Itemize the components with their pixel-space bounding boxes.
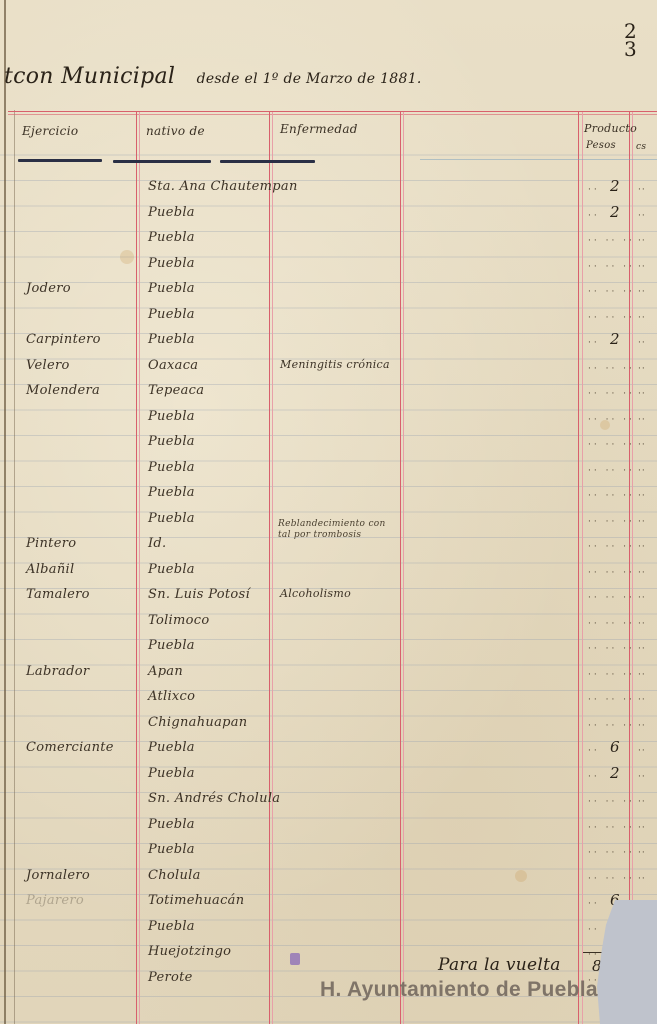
cell-enfermedad: Reblandecimiento con (278, 519, 386, 530)
cell-ejercicio: Carpintero (26, 332, 101, 347)
paper-stain (515, 870, 527, 882)
cs-dots: ·· (638, 517, 646, 527)
cs-dots: ·· (638, 823, 646, 833)
column-header-nativo: nativo de (146, 124, 205, 138)
cell-ejercicio: Pintero (26, 536, 76, 551)
column-header-enfermedad: Enfermedad (280, 122, 358, 136)
column-header-producto: Producto (584, 122, 637, 135)
cell-nativo: Totimehuacán (148, 893, 244, 908)
watermark: H. Ayuntamiento de Puebla (320, 978, 598, 1002)
cell-nativo: Puebla (148, 740, 195, 755)
cell-nativo: Puebla (148, 638, 195, 653)
cs-dots: ·· (638, 848, 646, 858)
cs-dots: ·· (638, 389, 646, 399)
binding-margin (14, 110, 15, 1024)
cell-ejercicio: Molendera (26, 383, 100, 398)
pesos-dots: ·· (588, 338, 600, 348)
cs-dots: ·· (638, 236, 646, 246)
cell-enfermedad: Alcoholismo (280, 587, 351, 600)
col-rule (136, 112, 137, 1024)
cell-nativo: Tolimoco (148, 613, 209, 628)
cs-dots: ·· (638, 746, 646, 756)
cell-nativo: Puebla (148, 281, 195, 296)
pesos-dots: ·· ·· ·· (588, 797, 635, 807)
cs-dots: ·· (638, 211, 646, 221)
ink-stamp (290, 953, 300, 965)
col-rule (582, 112, 583, 1024)
cell-nativo: Atlixco (148, 689, 195, 704)
page-title: tcon Municipal desde el 1º de Marzo de 1… (4, 64, 422, 89)
pesos-dots: ·· ·· ·· (588, 491, 635, 501)
cell-ejercicio: Albañil (26, 562, 74, 577)
cs-dots: ·· (638, 313, 646, 323)
faint-rule (420, 159, 657, 160)
pesos-dots: ·· (588, 211, 600, 221)
cell-nativo: Huejotzingo (148, 944, 231, 959)
cell-ejercicio: Jodero (26, 281, 71, 296)
cs-dots: ·· (638, 415, 646, 425)
binding-edge (4, 0, 6, 1024)
column-header-cs: cs (636, 142, 646, 152)
title-date: desde el 1º de Marzo de 1881. (197, 71, 422, 87)
cs-dots: ·· (638, 797, 646, 807)
footer-note: Para la vuelta (438, 955, 561, 975)
col-rule (400, 112, 401, 1024)
cell-nativo: Puebla (148, 205, 195, 220)
cell-nativo: Chignahuapan (148, 715, 247, 730)
cs-dots: ·· (638, 491, 646, 501)
footer-carry-label: Para la vuelta (438, 955, 561, 975)
pesos-dots: ·· ·· ·· (588, 313, 635, 323)
cell-ejercicio: Jornalero (26, 868, 90, 883)
cell-nativo: Puebla (148, 460, 195, 475)
pesos-dots: ·· (588, 772, 600, 782)
column-header-ejercicio: Ejercicio (22, 124, 78, 138)
cs-dots: ·· (638, 542, 646, 552)
cell-nativo: Puebla (148, 562, 195, 577)
pesos-dots: ·· ·· ·· (588, 695, 635, 705)
pesos-dots: ·· ·· ·· (588, 466, 635, 476)
cell-enfermedad: tal por trombosis (278, 530, 361, 541)
header-underline (113, 160, 211, 163)
cell-pesos: 6 (610, 738, 620, 756)
header-rule-top-2 (8, 114, 657, 115)
cell-ejercicio: Labrador (26, 664, 89, 679)
cell-nativo: Puebla (148, 409, 195, 424)
header-underline (220, 160, 315, 163)
page-number-bottom: 3 (624, 40, 637, 58)
title-main: tcon Municipal (4, 64, 175, 89)
pesos-dots: ·· ·· ·· (588, 848, 635, 858)
cell-nativo: Oaxaca (148, 358, 198, 373)
pesos-dots: ·· ·· ·· (588, 440, 635, 450)
pesos-dots: ·· (588, 899, 600, 909)
header-underline (18, 159, 102, 162)
cell-nativo: Puebla (148, 817, 195, 832)
cell-nativo: Sta. Ana Chautempan (148, 179, 298, 194)
cell-ejercicio: Velero (26, 358, 70, 373)
cs-dots: ·· (638, 440, 646, 450)
pesos-dots: ·· ·· ·· (588, 568, 635, 578)
pesos-dots: ·· ·· ·· (588, 517, 635, 527)
pesos-dots: ·· (588, 185, 600, 195)
cs-dots: ·· (638, 262, 646, 272)
cell-nativo: Puebla (148, 332, 195, 347)
pesos-dots: ·· ·· ·· (588, 644, 635, 654)
pesos-dots: ·· ·· ·· (588, 593, 635, 603)
col-rule (272, 112, 273, 1024)
col-rule (269, 112, 270, 1024)
cs-dots: ·· (638, 619, 646, 629)
pesos-dots: ·· ·· ·· (588, 823, 635, 833)
cell-nativo: Puebla (148, 485, 195, 500)
cs-dots: ·· (638, 185, 646, 195)
cell-nativo: Puebla (148, 842, 195, 857)
cs-dots: ·· (638, 695, 646, 705)
col-rule (403, 112, 404, 1024)
pesos-dots: ·· ·· ·· (588, 415, 635, 425)
paper-stain (120, 250, 134, 264)
cell-pesos: 2 (610, 764, 620, 782)
cell-nativo: Puebla (148, 230, 195, 245)
pesos-dots: ·· ·· ·· (588, 236, 635, 246)
cs-dots: ·· (638, 364, 646, 374)
pesos-dots: ·· (588, 925, 600, 935)
cell-nativo: Id. (148, 536, 167, 551)
cs-dots: ·· (638, 287, 646, 297)
pesos-dots: ·· ·· ·· (588, 389, 635, 399)
pesos-dots: ·· ·· ·· (588, 619, 635, 629)
cs-dots: ·· (638, 670, 646, 680)
ledger-page: 2 3 tcon Municipal desde el 1º de Marzo … (0, 0, 657, 1024)
cell-ejercicio: Comerciante (26, 740, 114, 755)
column-header-pesos: Pesos (586, 140, 616, 151)
header-rule-top (8, 111, 657, 112)
cell-nativo: Puebla (148, 307, 195, 322)
cell-pesos: 2 (610, 177, 620, 195)
cell-nativo: Tepeaca (148, 383, 204, 398)
pesos-dots: ·· ·· ·· (588, 364, 635, 374)
cell-pesos: 2 (610, 330, 620, 348)
cell-nativo: Sn. Andrés Cholula (148, 791, 280, 806)
cs-dots: ·· (638, 772, 646, 782)
ruled-lines (0, 130, 657, 1024)
cell-nativo: Puebla (148, 256, 195, 271)
pesos-dots: ·· ·· ·· (588, 542, 635, 552)
cs-dots: ·· (638, 593, 646, 603)
cell-nativo: Apan (148, 664, 183, 679)
cell-nativo: Puebla (148, 511, 195, 526)
pesos-dots: ·· ·· ·· (588, 721, 635, 731)
pesos-dots: ·· ·· ·· (588, 874, 635, 884)
col-rule (139, 112, 140, 1024)
cs-dots: ·· (638, 874, 646, 884)
cs-dots: ·· (638, 338, 646, 348)
cell-nativo: Puebla (148, 919, 195, 934)
pesos-dots: ·· (588, 746, 600, 756)
cell-nativo: Perote (148, 970, 193, 985)
cell-nativo: Cholula (148, 868, 201, 883)
cell-nativo: Sn. Luis Potosí (148, 587, 250, 602)
cs-dots: ·· (638, 568, 646, 578)
cell-ejercicio: Tamalero (26, 587, 90, 602)
cell-nativo: Puebla (148, 766, 195, 781)
col-rule (578, 112, 579, 1024)
pesos-dots: ·· ·· ·· (588, 287, 635, 297)
pesos-dots: ·· ·· ·· (588, 262, 635, 272)
cell-ejercicio: Pajarero (26, 893, 84, 908)
cell-pesos: 2 (610, 203, 620, 221)
cs-dots: ·· (638, 466, 646, 476)
cs-dots: ·· (638, 644, 646, 654)
cell-enfermedad: Meningitis crónica (280, 358, 390, 371)
cell-nativo: Puebla (148, 434, 195, 449)
pesos-dots: ·· ·· ·· (588, 670, 635, 680)
cs-dots: ·· (638, 721, 646, 731)
page-number: 2 3 (624, 22, 637, 58)
